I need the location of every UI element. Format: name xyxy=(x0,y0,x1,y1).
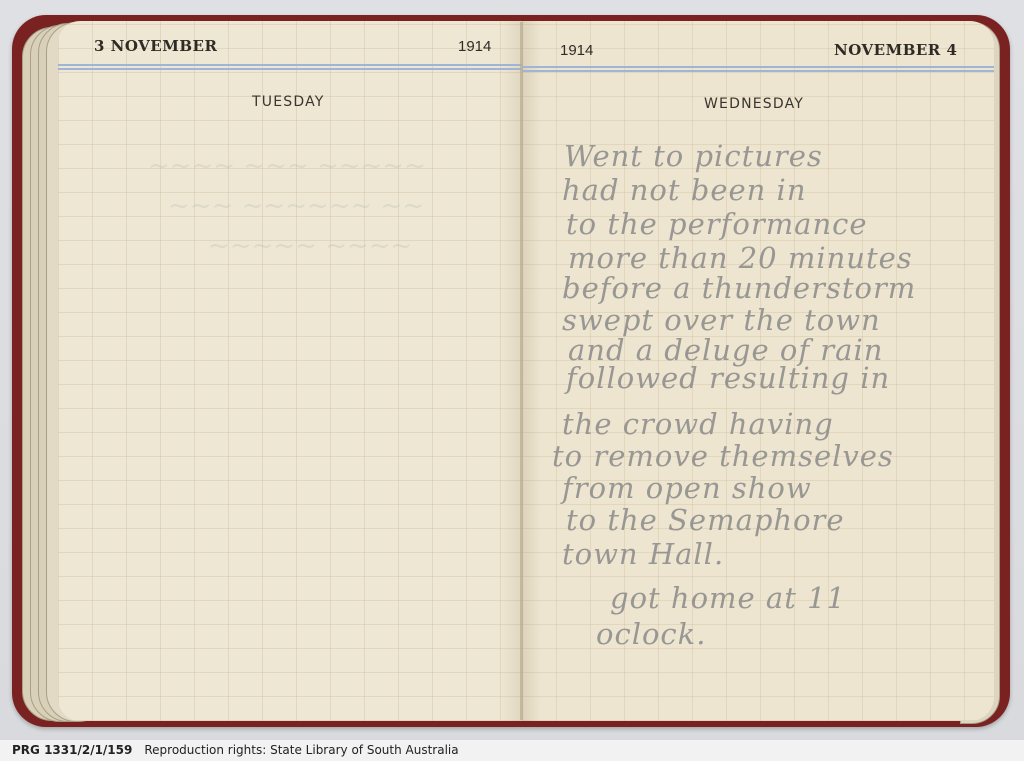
entry-line: swept over the town xyxy=(562,303,881,337)
entry-line: from open show xyxy=(562,471,812,505)
entry-line: to the performance xyxy=(566,207,868,241)
entry-line: oclock. xyxy=(596,617,706,651)
right-page: 1914 NOVEMBER 4 WEDNESDAY Went to pictur… xyxy=(522,21,994,721)
header-rule xyxy=(58,64,522,70)
left-weekday: TUESDAY xyxy=(252,94,325,110)
left-page: 3 NOVEMBER 1914 TUESDAY ~~~~ ~~~ ~~~~~ ~… xyxy=(58,21,522,721)
bleed-through-text: ~~~~ ~~~ ~~~~~ xyxy=(148,151,426,181)
bleed-through-text: ~~~ ~~~~~~ ~~ xyxy=(168,191,424,221)
reference-number: PRG 1331/2/1/159 xyxy=(12,743,132,757)
book-gutter xyxy=(520,22,523,720)
entry-line: more than 20 minutes xyxy=(568,241,913,275)
entry-line: to remove themselves xyxy=(552,439,894,473)
diary-photograph: 3 NOVEMBER 1914 TUESDAY ~~~~ ~~~ ~~~~~ ~… xyxy=(0,0,1024,740)
header-rule xyxy=(522,66,994,72)
entry-line: town Hall. xyxy=(562,537,724,571)
left-header-year: 1914 xyxy=(458,38,491,55)
left-header-date: 3 NOVEMBER xyxy=(94,37,217,55)
entry-line: got home at 11 xyxy=(610,581,846,615)
rights-statement: Reproduction rights: State Library of So… xyxy=(144,743,458,757)
right-header-date: NOVEMBER 4 xyxy=(834,41,957,59)
entry-line: the crowd having xyxy=(562,407,834,441)
entry-line: Went to pictures xyxy=(564,139,823,173)
entry-line: to the Semaphore xyxy=(566,503,845,537)
right-weekday: WEDNESDAY xyxy=(704,96,804,112)
entry-line: followed resulting in xyxy=(566,361,890,395)
entry-line: had not been in xyxy=(562,173,807,207)
bleed-through-text: ~~~~~ ~~~~ xyxy=(208,231,412,261)
image-caption: PRG 1331/2/1/159Reproduction rights: Sta… xyxy=(0,740,1024,761)
entry-line: before a thunderstorm xyxy=(562,271,916,305)
right-header-year: 1914 xyxy=(560,42,593,59)
